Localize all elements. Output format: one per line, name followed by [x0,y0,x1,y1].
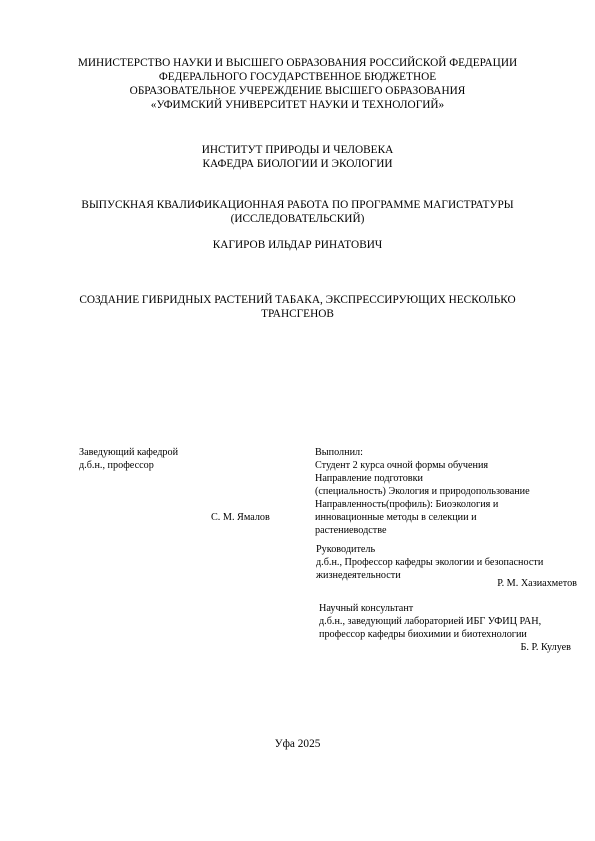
work-type-line: ВЫПУСКНАЯ КВАЛИФИКАЦИОННАЯ РАБОТА ПО ПРО… [0,198,595,212]
supervisor-line: жизнедеятельности [316,569,401,582]
supervisor-name: Р. М. Хазиахметов [497,577,577,590]
consultant-line: профессор кафедры биохимии и биотехнолог… [319,628,527,641]
performed-by-line: растениеводстве [315,524,387,537]
performed-by-line: Направленность(профиль): Биоэкология и [315,498,498,511]
ministry-header: МИНИСТЕРСТВО НАУКИ И ВЫСШЕГО ОБРАЗОВАНИЯ… [0,56,595,112]
head-of-department-name: С. М. Ямалов [211,511,270,524]
performed-by-line: (специальность) Экология и природопользо… [315,485,530,498]
head-of-department-role: Заведующий кафедрой [79,446,178,459]
work-type: ВЫПУСКНАЯ КВАЛИФИКАЦИОННАЯ РАБОТА ПО ПРО… [0,198,595,226]
supervisor-label: Руководитель [316,543,375,556]
supervisor-line: д.б.н., Профессор кафедры экологии и без… [316,556,543,569]
consultant-line: д.б.н., заведующий лабораторией ИБГ УФИЦ… [319,615,541,628]
consultant-name: Б. Р. Кулуев [521,641,571,654]
performed-by-line: инновационные методы в селекции и [315,511,477,524]
consultant-label: Научный консультант [319,602,413,615]
performed-by-label: Выполнил: [315,446,363,459]
performed-by-line: Студент 2 курса очной формы обучения [315,459,488,472]
city-year: Уфа 2025 [0,737,595,751]
author-name-text: КАГИРОВ ИЛЬДАР РИНАТОВИЧ [0,238,595,252]
department-name: КАФЕДРА БИОЛОГИИ И ЭКОЛОГИИ [0,157,595,171]
institute-block: ИНСТИТУТ ПРИРОДЫ И ЧЕЛОВЕКА КАФЕДРА БИОЛ… [0,143,595,171]
ministry-line: ФЕДЕРАЛЬНОГО ГОСУДАРСТВЕННОЕ БЮДЖЕТНОЕ [0,70,595,84]
head-of-department-degree: д.б.н., профессор [79,459,154,472]
university-name: «УФИМСКИЙ УНИВЕРСИТЕТ НАУКИ И ТЕХНОЛОГИЙ… [0,98,595,112]
performed-by-line: Направление подготовки [315,472,423,485]
institute-name: ИНСТИТУТ ПРИРОДЫ И ЧЕЛОВЕКА [0,143,595,157]
thesis-title-line: ТРАНСГЕНОВ [0,307,595,321]
author-name: КАГИРОВ ИЛЬДАР РИНАТОВИЧ [0,238,595,252]
thesis-title-line: СОЗДАНИЕ ГИБРИДНЫХ РАСТЕНИЙ ТАБАКА, ЭКСП… [0,293,595,307]
thesis-title: СОЗДАНИЕ ГИБРИДНЫХ РАСТЕНИЙ ТАБАКА, ЭКСП… [0,293,595,321]
ministry-line: МИНИСТЕРСТВО НАУКИ И ВЫСШЕГО ОБРАЗОВАНИЯ… [0,56,595,70]
work-type-line: (ИССЛЕДОВАТЕЛЬСКИЙ) [0,212,595,226]
city-year-text: Уфа 2025 [0,737,595,751]
ministry-line: ОБРАЗОВАТЕЛЬНОЕ УЧЕРЕЖДЕНИЕ ВЫСШЕГО ОБРА… [0,84,595,98]
